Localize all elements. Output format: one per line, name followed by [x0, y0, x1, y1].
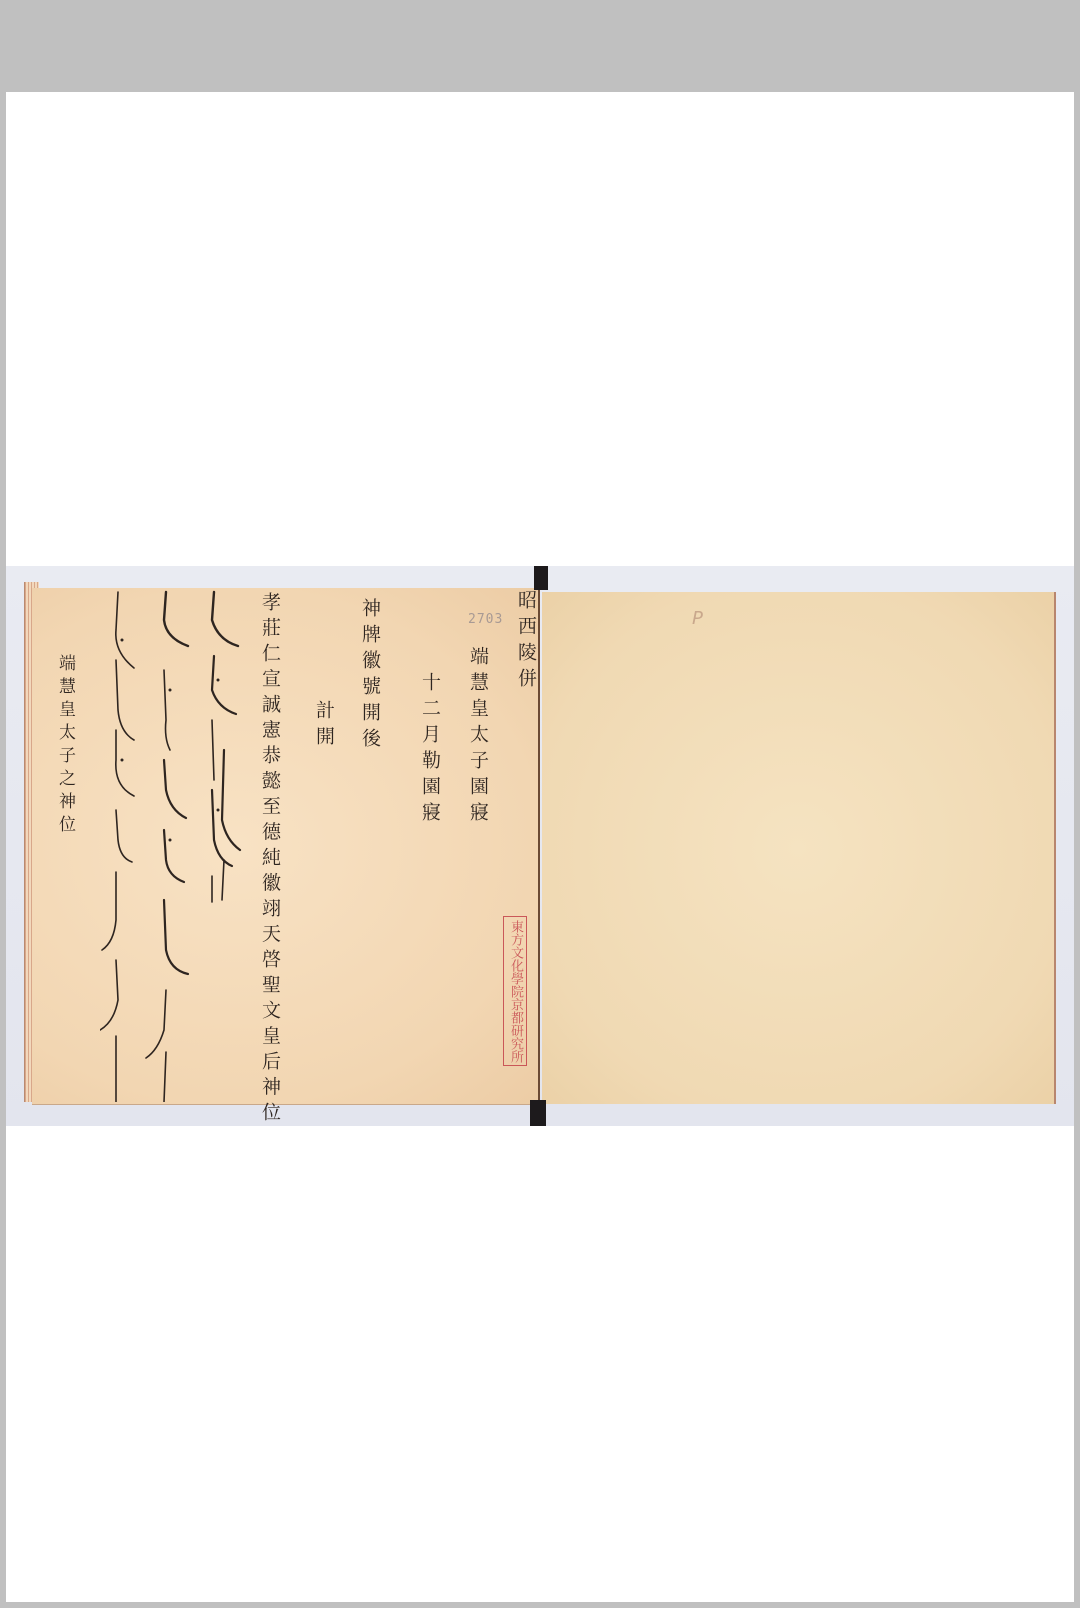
pencil-mark: P: [692, 608, 703, 629]
catalog-number: 2703: [468, 612, 503, 627]
text-column-7: 端慧皇太子之神位: [56, 654, 73, 838]
text-column-4: 神牌徽號開後: [360, 598, 379, 754]
text-column-3: 十二月勒園寢: [420, 672, 439, 828]
spine-tab-bottom: [530, 1100, 546, 1126]
text-column-2: 端慧皇太子園寢: [468, 646, 487, 828]
spine-tab-top: [534, 566, 548, 590]
manchu-script-columns: [100, 590, 290, 1102]
right-page: [542, 592, 1056, 1104]
text-column-5: 計開: [314, 700, 333, 752]
gutter-line: [538, 588, 540, 1104]
text-column-1: 昭西陵併: [516, 590, 535, 694]
library-stamp: 東方文化學院京都研究所: [503, 916, 527, 1066]
